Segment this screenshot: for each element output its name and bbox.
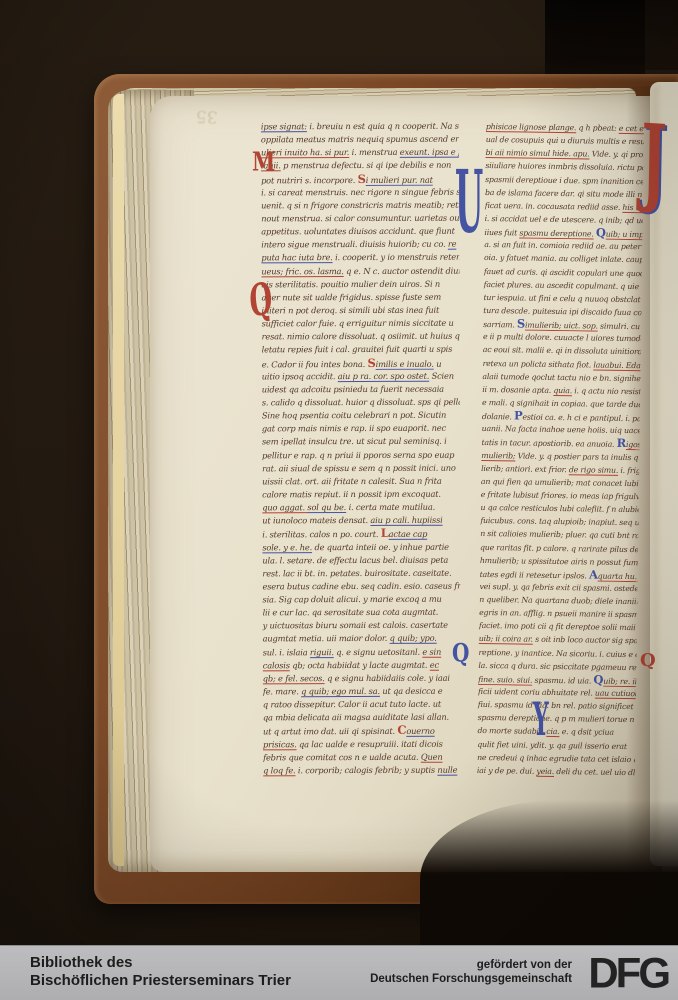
manuscript-line: ulieri inuito ha. si pur. i. menstrua ex… [261,146,459,160]
manuscript-line: rat. aii siual de spissu e sem q n possi… [262,461,460,475]
text-column-left: ipse signat: i. breuiu n est quia q n co… [261,120,461,783]
library-name-line2: Bischöflichen Priesterseminars Trier [30,972,291,990]
manuscript-line: ais sterilitatis. pouitio mulier dein ui… [261,277,459,291]
manuscript-line: esera butus cadine ebu. seq cadin. esio.… [262,580,460,594]
manuscript-line: prisicas. qa lac ualde e resupruiii. ita… [263,737,461,751]
manuscript-line: initeri n pot deroq. si simili ubi stas … [261,304,459,318]
manuscript-line: iai y de pe. dui. yeia. deli du cet. uel… [477,764,635,779]
manuscript-line: sia. Sig cap doluit alicui. y marie exco… [262,593,460,607]
manuscript-line: calosis qb; octa habiidat y lacte augmta… [263,658,461,672]
manuscript-line: letatu repies fuit i cal. grauitei fuit … [262,343,460,357]
footer-banner: Bibliothek des Bischöflichen Priestersem… [0,945,678,1000]
manuscript-line: appetitus. uoluntates diuisos accidunt. … [261,225,459,239]
manuscript-line: rest. lac ii bt. in. petates. buirositat… [262,566,460,580]
initial-j-next-page: J [640,112,667,210]
manuscript-line: y uictuositas biuru somaii est calois. c… [263,619,461,633]
manuscript-line: oppilata meatus matris nequiq spumus asc… [261,133,459,147]
manuscript-line: sole. y e. he. de quarta inteii oe. y in… [262,540,460,554]
manuscript-line: uidest qa adcoitu psiniedu ta fuerit nec… [262,382,460,396]
manuscript-line: sufficiet calor fuie. q erriguitur nimis… [262,317,460,331]
photo-of-manuscript: 35 ipse signat: i. breuiu n est quia q n… [0,0,678,945]
initial-m-red: M [252,148,275,174]
manuscript-line: lanii. p menstrua defectu. si qi ipe deb… [261,159,459,173]
funding-credit-line2: Deutschen Forschungsgemeinschaft [370,972,572,986]
initial-q-red: Q [248,277,274,326]
funding-credit-line1: gefördert von der [370,958,572,972]
manuscript-line: i. sterilitas. calos n po. court. Lactae… [262,527,460,541]
manuscript-line: sul. i. islaia riguii. q. e signu uetosi… [263,645,461,659]
manuscript-line: ager nute sit ualde frigidus. spisse fus… [261,290,459,304]
manuscript-line: resat. nimio calore dissoluat. q osiimit… [262,330,460,344]
library-name: Bibliothek des Bischöflichen Priestersem… [30,954,291,990]
manuscript-line: ut q artut imo dat. uii qi spisinat. Cou… [263,724,461,738]
manuscript-line: pellitur e rap. q n priui ii pporos sern… [262,448,460,462]
manuscript-line: qb; e fel. secos. q e signu habiidaiis c… [263,672,461,686]
dfg-logo: DFG [588,949,668,998]
manuscript-line: lii e cur lac. qa serositate sua cota au… [263,606,461,620]
manuscript-line: q loq fe. i. corporib; calogis febrib; y… [263,764,461,778]
manuscript-line: s. calido q dissoluat. huior q dissoluat… [262,396,460,410]
manuscript-line: febris que comitat cos n e ualde acuta. … [263,750,461,764]
manuscript-line: ula. l. setare. de effectu lacus bel. di… [262,553,460,567]
manuscript-line: e. Cador ii fou intes bona. Similis e in… [262,356,460,370]
manuscript-line: quo aggat. sol qu be. i. certa mate muti… [262,501,460,515]
manuscript-line: qa mbia delicata aii magsa auiditate las… [263,711,461,725]
text-column-right: phisicae lignose plange. q h pbeat: e ce… [477,120,644,784]
manuscript-line: uissii clat. ort. aii fritate n calesit.… [262,474,460,488]
manuscript-line: uitio ipsoq accidit. aiu p ra. cor. spo … [262,369,460,383]
library-name-line1: Bibliothek des [30,954,291,972]
manuscript-line: ueus; fric. os. lasma. q e. N c. auctor … [261,264,459,278]
manuscript-line: uenit. q si n frigore constricris matris… [261,198,459,212]
manuscript-line: puta hac iuta bre. i. cooperit. y io men… [261,251,459,265]
manuscript-line: augmtat metia. uii maior dolor. q quib; … [263,632,461,646]
manuscript-line: nout menstrua. si calor consumuntur. uar… [261,212,459,226]
manuscript-line: fe. mare. q quib; ego mul. sa. ut qa des… [263,685,461,699]
manuscript-line: i. si careat menstruis. nec rigore n sin… [261,185,459,199]
manuscript-line: gat corp mais nimis e rap. ii spo euapor… [262,422,460,436]
initial-y-blue: Y [533,697,549,743]
manuscript-line: pot nutriri s. incorpore. Si mulieri pur… [261,172,459,186]
initial-q-blue-margin: Q [452,640,469,665]
manuscript-line: ipse signat: i. breuiu n est quia q n co… [261,120,459,134]
manuscript-line: calore matis repiut. ii n possit ipm exc… [262,488,460,502]
initial-q-next-page: Q [640,652,656,670]
manuscript-line: ut iunoloco mateis densat. aiu p cali. h… [262,514,460,528]
initial-u-blue: U [455,160,483,246]
manuscript-line: sem ipellat insulcu tre. ut sicut pul se… [262,435,460,449]
manuscript-line: intero sigue menstruali. diuisis huiorib… [261,238,459,252]
folio-number-showthrough: 35 [195,105,218,126]
manuscript-line: Sine hoq psentia coitu celebrari n pot. … [262,409,460,423]
manuscript-line: q ratoo dissepitur. Calor ii acut tuto l… [263,698,461,712]
funding-credit: gefördert von der Deutschen Forschungsge… [370,958,572,986]
